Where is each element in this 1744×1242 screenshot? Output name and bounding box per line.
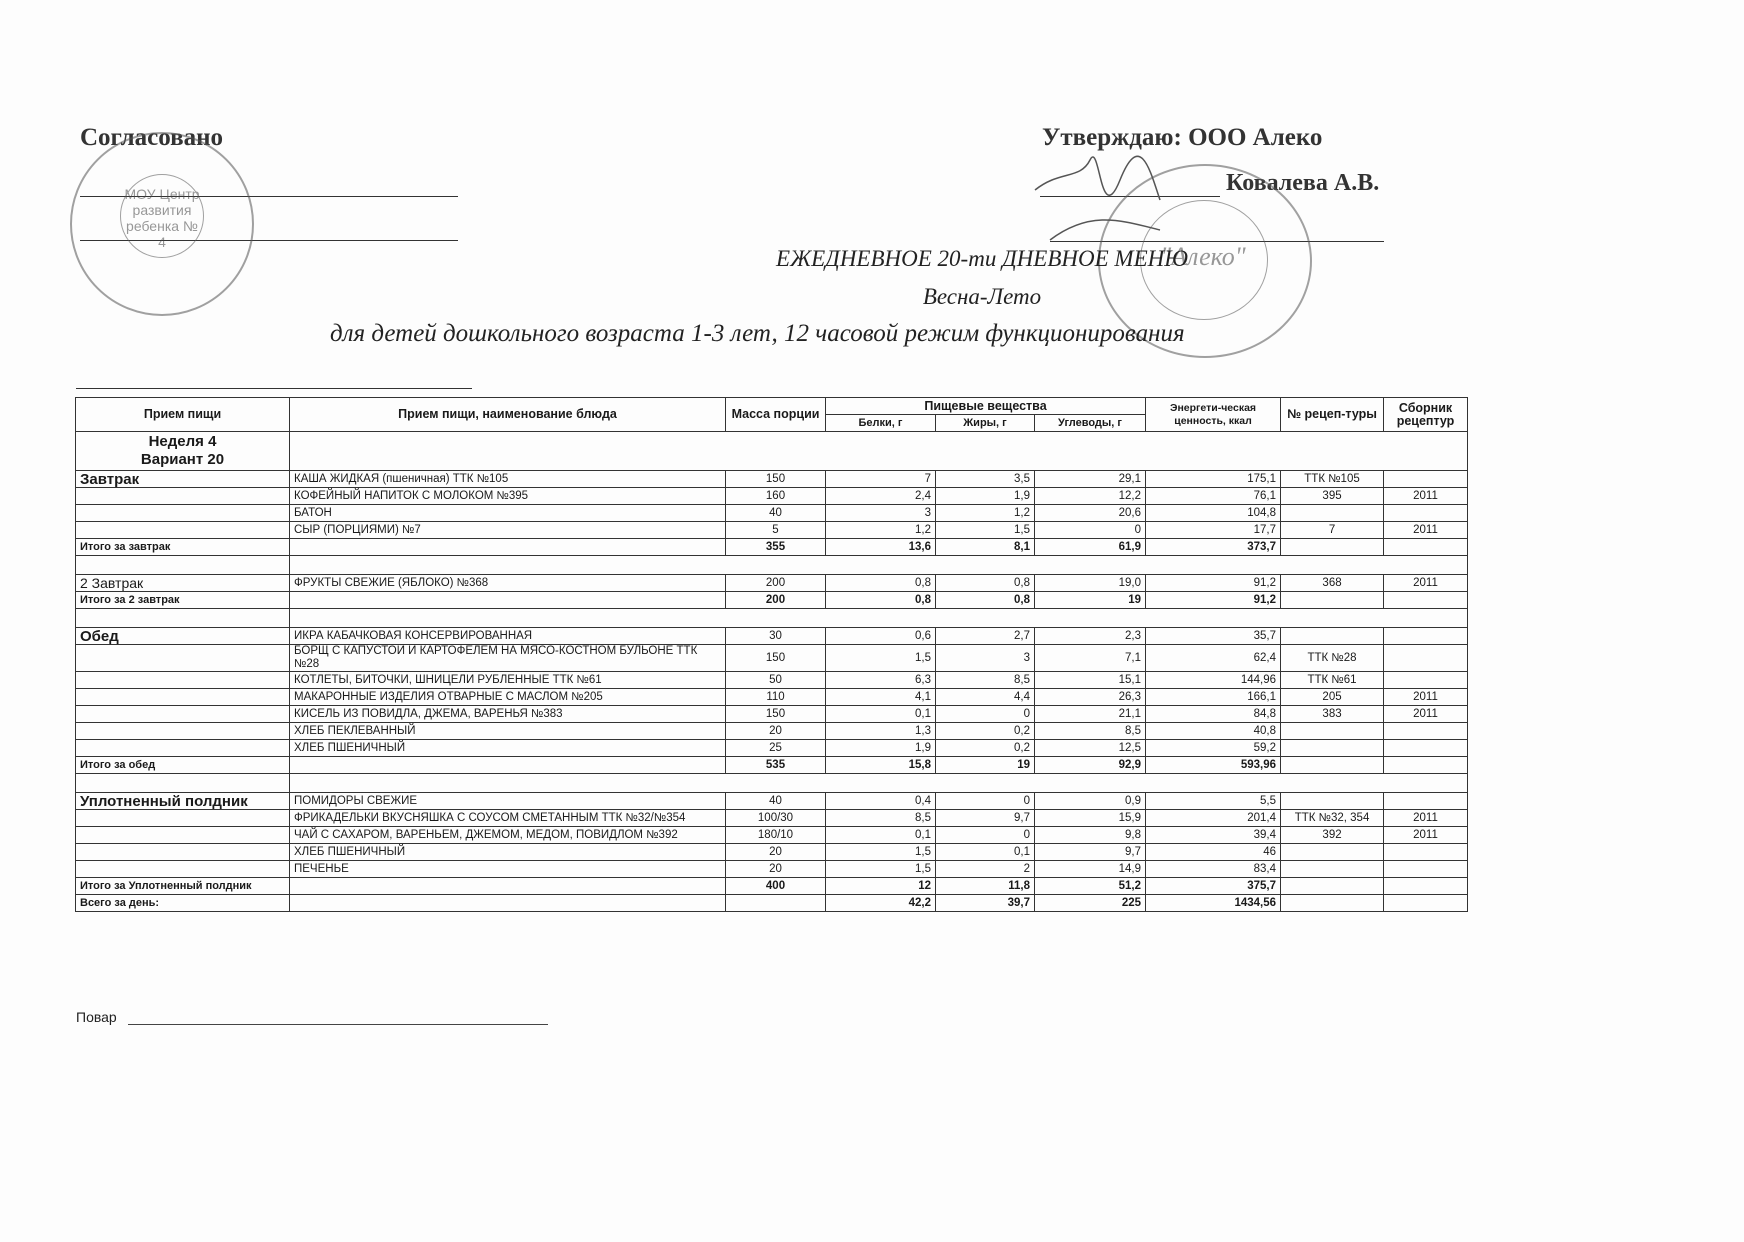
collection-cell bbox=[1384, 645, 1468, 672]
recipe-cell: ТТК №61 bbox=[1281, 672, 1384, 689]
carbs-cell: 61,9 bbox=[1035, 539, 1146, 556]
protein-cell: 1,5 bbox=[826, 645, 936, 672]
mass-cell: 400 bbox=[726, 878, 826, 895]
title-line3: для детей дошкольного возраста 1-3 лет, … bbox=[330, 320, 1185, 348]
total-label: Всего за день: bbox=[76, 895, 290, 912]
collection-cell bbox=[1384, 628, 1468, 645]
fat-cell: 11,8 bbox=[936, 878, 1035, 895]
meal-label bbox=[76, 810, 290, 827]
table-row: ХЛЕБ ПШЕНИЧНЫЙ251,90,212,559,2 bbox=[76, 740, 1468, 757]
energy-cell: 201,4 bbox=[1146, 810, 1281, 827]
total-label: Итого за завтрак bbox=[76, 539, 290, 556]
recipe-cell bbox=[1281, 844, 1384, 861]
fat-cell: 2,7 bbox=[936, 628, 1035, 645]
energy-cell: 83,4 bbox=[1146, 861, 1281, 878]
collection-cell: 2011 bbox=[1384, 522, 1468, 539]
collection-cell: 2011 bbox=[1384, 689, 1468, 706]
meal-label: 2 Завтрак bbox=[76, 575, 290, 592]
mass-cell: 150 bbox=[726, 706, 826, 723]
dish-cell: КАША ЖИДКАЯ (пшеничная) ТТК №105 bbox=[290, 471, 726, 488]
fat-cell: 9,7 bbox=[936, 810, 1035, 827]
carbs-cell: 2,3 bbox=[1035, 628, 1146, 645]
energy-cell: 593,96 bbox=[1146, 757, 1281, 774]
fat-cell: 0,2 bbox=[936, 740, 1035, 757]
dish-cell bbox=[290, 592, 726, 609]
protein-cell: 1,3 bbox=[826, 723, 936, 740]
spacer-row bbox=[76, 774, 1468, 793]
table-row: ХЛЕБ ПШЕНИЧНЫЙ201,50,19,746 bbox=[76, 844, 1468, 861]
spacer-row bbox=[76, 556, 1468, 575]
meal-label bbox=[76, 689, 290, 706]
spacer-row bbox=[76, 609, 1468, 628]
protein-cell: 0,8 bbox=[826, 592, 936, 609]
dish-cell: ХЛЕБ ПШЕНИЧНЫЙ bbox=[290, 740, 726, 757]
table-row: ОбедИКРА КАБАЧКОВАЯ КОНСЕРВИРОВАННАЯ300,… bbox=[76, 628, 1468, 645]
recipe-cell: 383 bbox=[1281, 706, 1384, 723]
protein-cell: 4,1 bbox=[826, 689, 936, 706]
mass-cell: 20 bbox=[726, 844, 826, 861]
meal-label bbox=[76, 723, 290, 740]
table-row: Уплотненный полдникПОМИДОРЫ СВЕЖИЕ400,40… bbox=[76, 793, 1468, 810]
collection-cell: 2011 bbox=[1384, 575, 1468, 592]
dish-cell: ИКРА КАБАЧКОВАЯ КОНСЕРВИРОВАННАЯ bbox=[290, 628, 726, 645]
recipe-cell bbox=[1281, 895, 1384, 912]
fat-cell: 0 bbox=[936, 706, 1035, 723]
meal-label bbox=[76, 645, 290, 672]
collection-cell bbox=[1384, 672, 1468, 689]
dish-cell: ПОМИДОРЫ СВЕЖИЕ bbox=[290, 793, 726, 810]
dish-cell: БАТОН bbox=[290, 505, 726, 522]
signature-scribble bbox=[1030, 150, 1170, 260]
collection-cell bbox=[1384, 539, 1468, 556]
carbs-cell: 21,1 bbox=[1035, 706, 1146, 723]
meal-label bbox=[76, 522, 290, 539]
header-mass: Масса порции bbox=[726, 398, 826, 432]
fat-cell: 0 bbox=[936, 827, 1035, 844]
collection-cell: 2011 bbox=[1384, 810, 1468, 827]
energy-cell: 35,7 bbox=[1146, 628, 1281, 645]
mass-cell: 535 bbox=[726, 757, 826, 774]
meal-label: Уплотненный полдник bbox=[76, 793, 290, 810]
fat-cell: 0 bbox=[936, 793, 1035, 810]
recipe-cell bbox=[1281, 861, 1384, 878]
protein-cell: 7 bbox=[826, 471, 936, 488]
header-dish: Прием пищи, наименование блюда bbox=[290, 398, 726, 432]
collection-cell bbox=[1384, 471, 1468, 488]
meal-label bbox=[76, 827, 290, 844]
dish-cell bbox=[290, 878, 726, 895]
dish-cell: КИСЕЛЬ ИЗ ПОВИДЛА, ДЖЕМА, ВАРЕНЬЯ №383 bbox=[290, 706, 726, 723]
carbs-cell: 7,1 bbox=[1035, 645, 1146, 672]
fat-cell: 3 bbox=[936, 645, 1035, 672]
cook-signature-line bbox=[128, 1024, 548, 1025]
energy-cell: 375,7 bbox=[1146, 878, 1281, 895]
recipe-cell: ТТК №105 bbox=[1281, 471, 1384, 488]
table-row: ПЕЧЕНЬЕ201,5214,983,4 bbox=[76, 861, 1468, 878]
protein-cell: 0,1 bbox=[826, 827, 936, 844]
carbs-cell: 26,3 bbox=[1035, 689, 1146, 706]
mass-cell: 355 bbox=[726, 539, 826, 556]
recipe-cell bbox=[1281, 628, 1384, 645]
energy-cell: 5,5 bbox=[1146, 793, 1281, 810]
recipe-cell: 7 bbox=[1281, 522, 1384, 539]
energy-cell: 59,2 bbox=[1146, 740, 1281, 757]
mass-cell: 180/10 bbox=[726, 827, 826, 844]
collection-cell bbox=[1384, 793, 1468, 810]
protein-cell: 6,3 bbox=[826, 672, 936, 689]
table-row: Итого за завтрак35513,68,161,9373,7 bbox=[76, 539, 1468, 556]
collection-cell bbox=[1384, 861, 1468, 878]
protein-cell: 1,2 bbox=[826, 522, 936, 539]
carbs-cell: 0 bbox=[1035, 522, 1146, 539]
protein-cell: 13,6 bbox=[826, 539, 936, 556]
protein-cell: 3 bbox=[826, 505, 936, 522]
dish-cell: ПЕЧЕНЬЕ bbox=[290, 861, 726, 878]
carbs-cell: 19 bbox=[1035, 592, 1146, 609]
fat-cell: 0,8 bbox=[936, 592, 1035, 609]
meal-label bbox=[76, 672, 290, 689]
energy-cell: 76,1 bbox=[1146, 488, 1281, 505]
collection-cell bbox=[1384, 592, 1468, 609]
fat-cell: 39,7 bbox=[936, 895, 1035, 912]
table-row: ФРИКАДЕЛЬКИ ВКУСНЯШКА С СОУСОМ СМЕТАННЫМ… bbox=[76, 810, 1468, 827]
mass-cell: 150 bbox=[726, 645, 826, 672]
collection-cell bbox=[1384, 505, 1468, 522]
meal-label bbox=[76, 861, 290, 878]
table-row: ЗавтракКАША ЖИДКАЯ (пшеничная) ТТК №1051… bbox=[76, 471, 1468, 488]
table-row: БОРЩ С КАПУСТОЙ И КАРТОФЕЛЕМ НА МЯСО-КОС… bbox=[76, 645, 1468, 672]
protein-cell: 0,8 bbox=[826, 575, 936, 592]
dish-cell: ЧАЙ С САХАРОМ, ВАРЕНЬЕМ, ДЖЕМОМ, МЕДОМ, … bbox=[290, 827, 726, 844]
fat-cell: 3,5 bbox=[936, 471, 1035, 488]
carbs-cell: 29,1 bbox=[1035, 471, 1146, 488]
dish-cell: ФРИКАДЕЛЬКИ ВКУСНЯШКА С СОУСОМ СМЕТАННЫМ… bbox=[290, 810, 726, 827]
energy-cell: 175,1 bbox=[1146, 471, 1281, 488]
dish-cell: СЫР (ПОРЦИЯМИ) №7 bbox=[290, 522, 726, 539]
table-row: Итого за Уплотненный полдник4001211,851,… bbox=[76, 878, 1468, 895]
mass-cell: 50 bbox=[726, 672, 826, 689]
recipe-cell: ТТК №28 bbox=[1281, 645, 1384, 672]
menu-table: Прием пищи Прием пищи, наименование блюд… bbox=[75, 397, 1468, 912]
table-row: Всего за день:42,239,72251434,56 bbox=[76, 895, 1468, 912]
table-row: МАКАРОННЫЕ ИЗДЕЛИЯ ОТВАРНЫЕ С МАСЛОМ №20… bbox=[76, 689, 1468, 706]
recipe-cell bbox=[1281, 539, 1384, 556]
recipe-cell bbox=[1281, 757, 1384, 774]
table-row: КОФЕЙНЫЙ НАПИТОК С МОЛОКОМ №3951602,41,9… bbox=[76, 488, 1468, 505]
table-row: СЫР (ПОРЦИЯМИ) №751,21,5017,772011 bbox=[76, 522, 1468, 539]
carbs-cell: 9,7 bbox=[1035, 844, 1146, 861]
protein-cell: 0,1 bbox=[826, 706, 936, 723]
carbs-cell: 19,0 bbox=[1035, 575, 1146, 592]
total-label: Итого за 2 завтрак bbox=[76, 592, 290, 609]
table-row: КИСЕЛЬ ИЗ ПОВИДЛА, ДЖЕМА, ВАРЕНЬЯ №38315… bbox=[76, 706, 1468, 723]
collection-cell: 2011 bbox=[1384, 827, 1468, 844]
collection-cell: 2011 bbox=[1384, 706, 1468, 723]
protein-cell: 0,6 bbox=[826, 628, 936, 645]
energy-cell: 1434,56 bbox=[1146, 895, 1281, 912]
recipe-cell: ТТК №32, 354 bbox=[1281, 810, 1384, 827]
table-row: Итого за обед53515,81992,9593,96 bbox=[76, 757, 1468, 774]
protein-cell: 8,5 bbox=[826, 810, 936, 827]
collection-cell bbox=[1384, 844, 1468, 861]
fat-cell: 4,4 bbox=[936, 689, 1035, 706]
dish-cell: КОТЛЕТЫ, БИТОЧКИ, ШНИЦЕЛИ РУБЛЕННЫЕ ТТК … bbox=[290, 672, 726, 689]
meal-label: Обед bbox=[76, 628, 290, 645]
carbs-cell: 12,5 bbox=[1035, 740, 1146, 757]
energy-cell: 62,4 bbox=[1146, 645, 1281, 672]
table-row: КОТЛЕТЫ, БИТОЧКИ, ШНИЦЕЛИ РУБЛЕННЫЕ ТТК … bbox=[76, 672, 1468, 689]
meal-label: Завтрак bbox=[76, 471, 290, 488]
energy-cell: 104,8 bbox=[1146, 505, 1281, 522]
fat-cell: 1,2 bbox=[936, 505, 1035, 522]
table-row: ХЛЕБ ПЕКЛЕВАННЫЙ201,30,28,540,8 bbox=[76, 723, 1468, 740]
total-label: Итого за обед bbox=[76, 757, 290, 774]
fat-cell: 0,8 bbox=[936, 575, 1035, 592]
carbs-cell: 15,1 bbox=[1035, 672, 1146, 689]
meal-label bbox=[76, 488, 290, 505]
header-carbs: Углеводы, г bbox=[1035, 415, 1146, 432]
recipe-cell bbox=[1281, 723, 1384, 740]
variant-label: Вариант 20 bbox=[80, 451, 285, 469]
energy-cell: 17,7 bbox=[1146, 522, 1281, 539]
dish-cell bbox=[290, 895, 726, 912]
fat-cell: 8,5 bbox=[936, 672, 1035, 689]
fat-cell: 0,2 bbox=[936, 723, 1035, 740]
energy-cell: 40,8 bbox=[1146, 723, 1281, 740]
header-protein: Белки, г bbox=[826, 415, 936, 432]
collection-cell bbox=[1384, 723, 1468, 740]
total-label: Итого за Уплотненный полдник bbox=[76, 878, 290, 895]
table-row: Итого за 2 завтрак2000,80,81991,2 bbox=[76, 592, 1468, 609]
carbs-cell: 9,8 bbox=[1035, 827, 1146, 844]
meal-label bbox=[76, 844, 290, 861]
protein-cell: 0,4 bbox=[826, 793, 936, 810]
collection-cell bbox=[1384, 757, 1468, 774]
collection-cell: 2011 bbox=[1384, 488, 1468, 505]
energy-cell: 39,4 bbox=[1146, 827, 1281, 844]
protein-cell: 1,5 bbox=[826, 844, 936, 861]
mass-cell bbox=[726, 895, 826, 912]
table-row: ЧАЙ С САХАРОМ, ВАРЕНЬЕМ, ДЖЕМОМ, МЕДОМ, … bbox=[76, 827, 1468, 844]
protein-cell: 1,5 bbox=[826, 861, 936, 878]
carbs-cell: 12,2 bbox=[1035, 488, 1146, 505]
mass-cell: 40 bbox=[726, 793, 826, 810]
meal-label bbox=[76, 706, 290, 723]
collection-cell bbox=[1384, 740, 1468, 757]
cook-label: Повар bbox=[76, 1009, 117, 1025]
recipe-cell bbox=[1281, 793, 1384, 810]
recipe-cell: 205 bbox=[1281, 689, 1384, 706]
stamp-left-text: МОУ Центр развития ребенка № 4 bbox=[122, 186, 202, 250]
recipe-cell: 395 bbox=[1281, 488, 1384, 505]
dish-cell: КОФЕЙНЫЙ НАПИТОК С МОЛОКОМ №395 bbox=[290, 488, 726, 505]
mass-cell: 25 bbox=[726, 740, 826, 757]
fat-cell: 2 bbox=[936, 861, 1035, 878]
energy-cell: 91,2 bbox=[1146, 575, 1281, 592]
recipe-cell bbox=[1281, 740, 1384, 757]
mass-cell: 150 bbox=[726, 471, 826, 488]
approve-label: Утверждаю: ООО Алеко bbox=[1042, 124, 1322, 152]
divider bbox=[76, 388, 472, 389]
table-row: БАТОН4031,220,6104,8 bbox=[76, 505, 1468, 522]
header-meal: Прием пищи bbox=[76, 398, 290, 432]
protein-cell: 15,8 bbox=[826, 757, 936, 774]
energy-cell: 373,7 bbox=[1146, 539, 1281, 556]
mass-cell: 100/30 bbox=[726, 810, 826, 827]
carbs-cell: 20,6 bbox=[1035, 505, 1146, 522]
fat-cell: 8,1 bbox=[936, 539, 1035, 556]
header-collection: Сборник рецептур bbox=[1384, 398, 1468, 432]
carbs-cell: 15,9 bbox=[1035, 810, 1146, 827]
energy-cell: 84,8 bbox=[1146, 706, 1281, 723]
mass-cell: 20 bbox=[726, 861, 826, 878]
mass-cell: 200 bbox=[726, 575, 826, 592]
fat-cell: 1,5 bbox=[936, 522, 1035, 539]
protein-cell: 12 bbox=[826, 878, 936, 895]
header-recipe-no: № рецеп-туры bbox=[1281, 398, 1384, 432]
recipe-cell: 392 bbox=[1281, 827, 1384, 844]
fat-cell: 1,9 bbox=[936, 488, 1035, 505]
carbs-cell: 8,5 bbox=[1035, 723, 1146, 740]
collection-cell bbox=[1384, 878, 1468, 895]
meal-label bbox=[76, 740, 290, 757]
mass-cell: 200 bbox=[726, 592, 826, 609]
carbs-cell: 92,9 bbox=[1035, 757, 1146, 774]
energy-cell: 91,2 bbox=[1146, 592, 1281, 609]
dish-cell bbox=[290, 539, 726, 556]
meal-label bbox=[76, 505, 290, 522]
dish-cell bbox=[290, 757, 726, 774]
dish-cell: БОРЩ С КАПУСТОЙ И КАРТОФЕЛЕМ НА МЯСО-КОС… bbox=[290, 645, 726, 672]
week-label: Неделя 4 bbox=[80, 433, 285, 451]
header-nutrients: Пищевые вещества bbox=[826, 398, 1146, 415]
protein-cell: 1,9 bbox=[826, 740, 936, 757]
carbs-cell: 0,9 bbox=[1035, 793, 1146, 810]
dish-cell: МАКАРОННЫЕ ИЗДЕЛИЯ ОТВАРНЫЕ С МАСЛОМ №20… bbox=[290, 689, 726, 706]
mass-cell: 30 bbox=[726, 628, 826, 645]
protein-cell: 2,4 bbox=[826, 488, 936, 505]
title-line1: ЕЖЕДНЕВНОЕ 20-ти ДНЕВНОЕ МЕНЮ bbox=[0, 246, 1744, 272]
mass-cell: 160 bbox=[726, 488, 826, 505]
carbs-cell: 14,9 bbox=[1035, 861, 1146, 878]
mass-cell: 40 bbox=[726, 505, 826, 522]
recipe-cell bbox=[1281, 878, 1384, 895]
dish-cell: ФРУКТЫ СВЕЖИЕ (ЯБЛОКО) №368 bbox=[290, 575, 726, 592]
mass-cell: 5 bbox=[726, 522, 826, 539]
carbs-cell: 51,2 bbox=[1035, 878, 1146, 895]
table-row: 2 ЗавтракФРУКТЫ СВЕЖИЕ (ЯБЛОКО) №3682000… bbox=[76, 575, 1468, 592]
recipe-cell bbox=[1281, 505, 1384, 522]
fat-cell: 0,1 bbox=[936, 844, 1035, 861]
header-fat: Жиры, г bbox=[936, 415, 1035, 432]
header-energy: Энергети-ческая ценность, ккал bbox=[1146, 398, 1281, 432]
dish-cell: ХЛЕБ ПЕКЛЕВАННЫЙ bbox=[290, 723, 726, 740]
fat-cell: 19 bbox=[936, 757, 1035, 774]
carbs-cell: 225 bbox=[1035, 895, 1146, 912]
collection-cell bbox=[1384, 895, 1468, 912]
energy-cell: 166,1 bbox=[1146, 689, 1281, 706]
energy-cell: 144,96 bbox=[1146, 672, 1281, 689]
title-line2: Весна-Лето bbox=[0, 284, 1744, 310]
dish-cell: ХЛЕБ ПШЕНИЧНЫЙ bbox=[290, 844, 726, 861]
energy-cell: 46 bbox=[1146, 844, 1281, 861]
week-variant-cell: Неделя 4 Вариант 20 bbox=[76, 432, 290, 471]
recipe-cell bbox=[1281, 592, 1384, 609]
protein-cell: 42,2 bbox=[826, 895, 936, 912]
mass-cell: 110 bbox=[726, 689, 826, 706]
mass-cell: 20 bbox=[726, 723, 826, 740]
recipe-cell: 368 bbox=[1281, 575, 1384, 592]
